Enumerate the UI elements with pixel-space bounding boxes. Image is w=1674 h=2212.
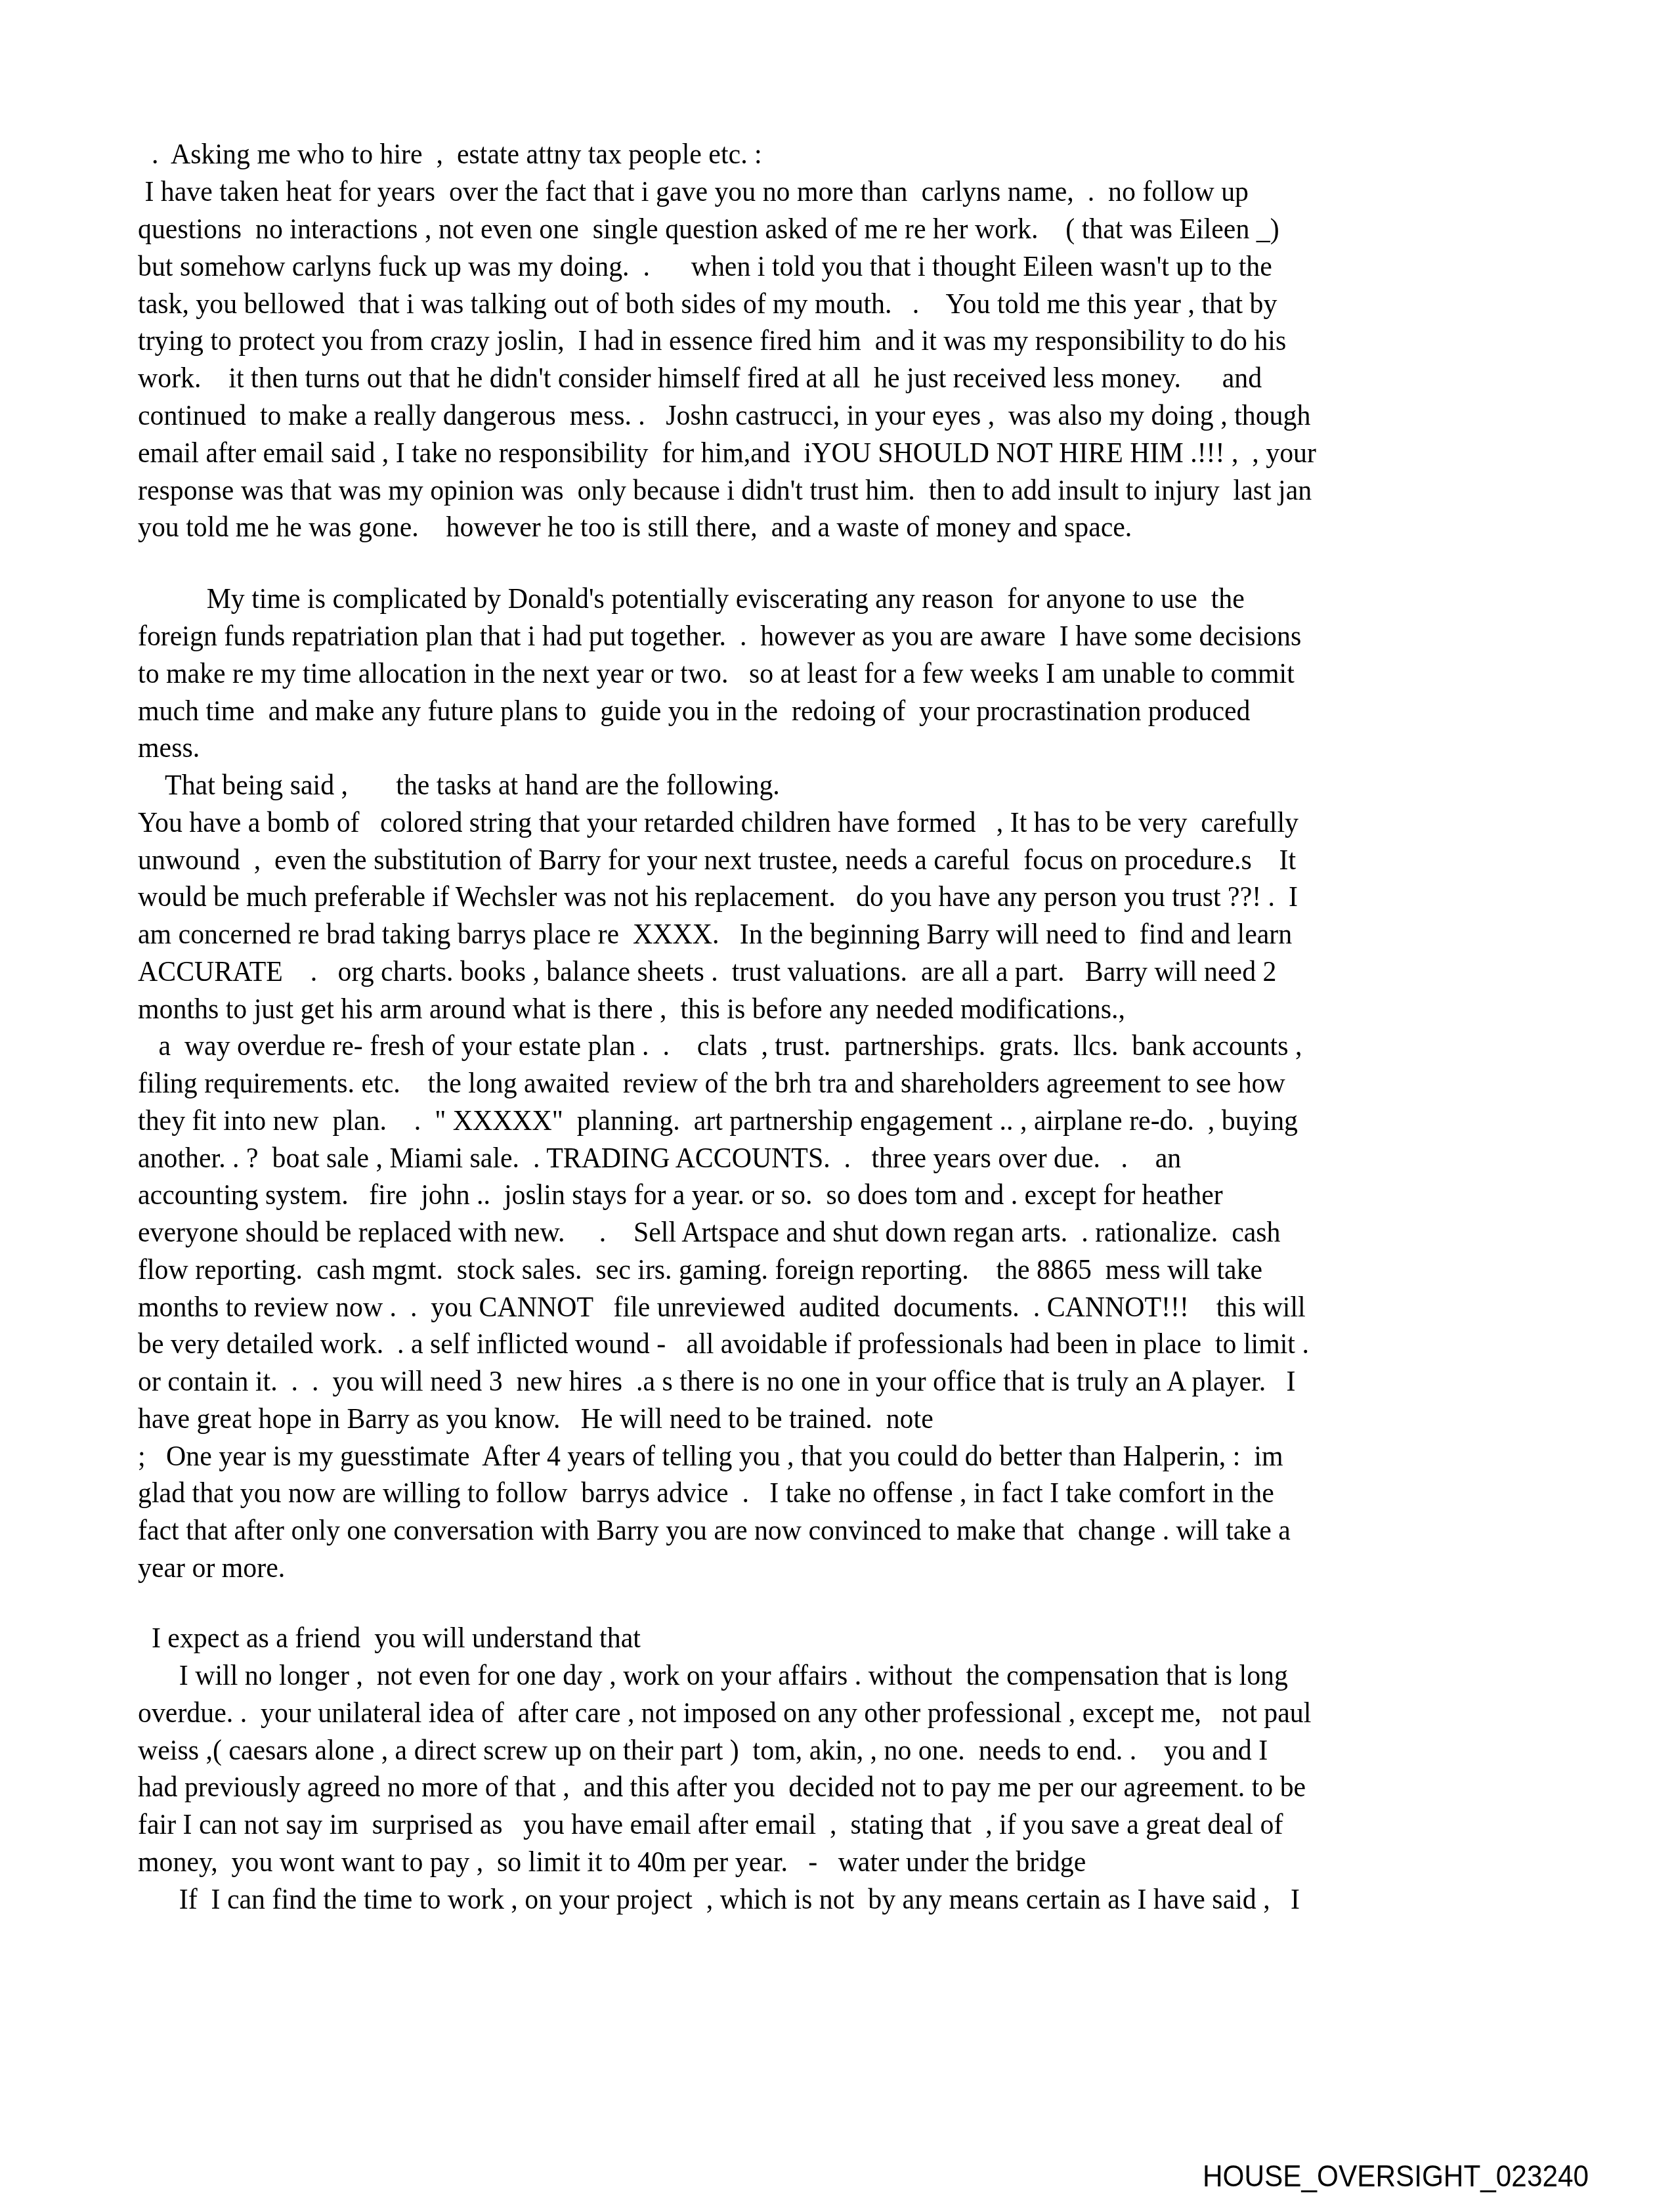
text-line: foreign funds repatriation plan that i h… (138, 617, 1301, 654)
text-line: had previously agreed no more of that , … (138, 1768, 1306, 1805)
text-line: to make re my time allocation in the nex… (138, 655, 1295, 691)
text-line: fact that after only one conversation wi… (138, 1511, 1291, 1548)
text-line: much time and make any future plans to g… (138, 692, 1250, 729)
text-line: filing requirements. etc. the long await… (138, 1064, 1285, 1101)
text-line: That being said , the tasks at hand are … (138, 766, 780, 803)
text-line: weiss ,( caesars alone , a direct screw … (138, 1731, 1268, 1768)
text-line: . Asking me who to hire , estate attny t… (138, 135, 762, 172)
text-line: If I can find the time to work , on your… (138, 1880, 1300, 1917)
text-line: You have a bomb of colored string that y… (138, 804, 1298, 840)
text-line: task, you bellowed that i was talking ou… (138, 285, 1277, 322)
text-line: email after email said , I take no respo… (138, 434, 1316, 471)
text-line: but somehow carlyns fuck up was my doing… (138, 248, 1272, 284)
text-line: am concerned re brad taking barrys place… (138, 915, 1292, 952)
text-line: another. . ? boat sale , Miami sale. . T… (138, 1139, 1181, 1176)
document-page: . Asking me who to hire , estate attny t… (0, 0, 1674, 2212)
text-line: they fit into new plan. . " XXXXX" plann… (138, 1102, 1298, 1139)
text-line: would be much preferable if Wechsler was… (138, 878, 1298, 915)
text-line: trying to protect you from crazy joslin,… (138, 322, 1286, 358)
text-line: response was that was my opinion was onl… (138, 471, 1312, 508)
text-line: questions no interactions , not even one… (138, 210, 1279, 247)
text-line: be very detailed work. . a self inflicte… (138, 1325, 1309, 1362)
text-line: money, you wont want to pay , so limit i… (138, 1843, 1086, 1880)
text-line: you told me he was gone. however he too … (138, 508, 1132, 545)
text-line: I expect as a friend you will understand… (138, 1619, 641, 1656)
text-line: I will no longer , not even for one day … (138, 1657, 1288, 1693)
text-line: or contain it. . . you will need 3 new h… (138, 1362, 1296, 1399)
text-line: year or more. (138, 1549, 285, 1586)
text-line: glad that you now are willing to follow … (138, 1474, 1274, 1511)
bates-stamp: HOUSE_OVERSIGHT_023240 (1203, 2159, 1589, 2193)
text-line: continued to make a really dangerous mes… (138, 397, 1310, 433)
text-line: accounting system. fire john .. joslin s… (138, 1176, 1223, 1213)
text-line: My time is complicated by Donald's poten… (138, 580, 1245, 617)
text-line: months to just get his arm around what i… (138, 990, 1125, 1027)
text-line: overdue. . your unilateral idea of after… (138, 1694, 1311, 1731)
text-line: months to review now . . you CANNOT file… (138, 1288, 1306, 1325)
text-line: mess. (138, 729, 200, 766)
text-line: ACCURATE . org charts. books , balance s… (138, 953, 1276, 989)
text-line: have great hope in Barry as you know. He… (138, 1400, 934, 1437)
text-line: work. it then turns out that he didn't c… (138, 359, 1262, 396)
text-line: unwound , even the substitution of Barry… (138, 841, 1296, 878)
text-line: I have taken heat for years over the fac… (138, 173, 1249, 209)
text-line: flow reporting. cash mgmt. stock sales. … (138, 1251, 1262, 1288)
text-line: a way overdue re- fresh of your estate p… (138, 1027, 1302, 1064)
text-line: fair I can not say im surprised as you h… (138, 1806, 1283, 1842)
text-line: ; One year is my guesstimate After 4 yea… (138, 1437, 1283, 1474)
text-line: everyone should be replaced with new. . … (138, 1213, 1280, 1250)
